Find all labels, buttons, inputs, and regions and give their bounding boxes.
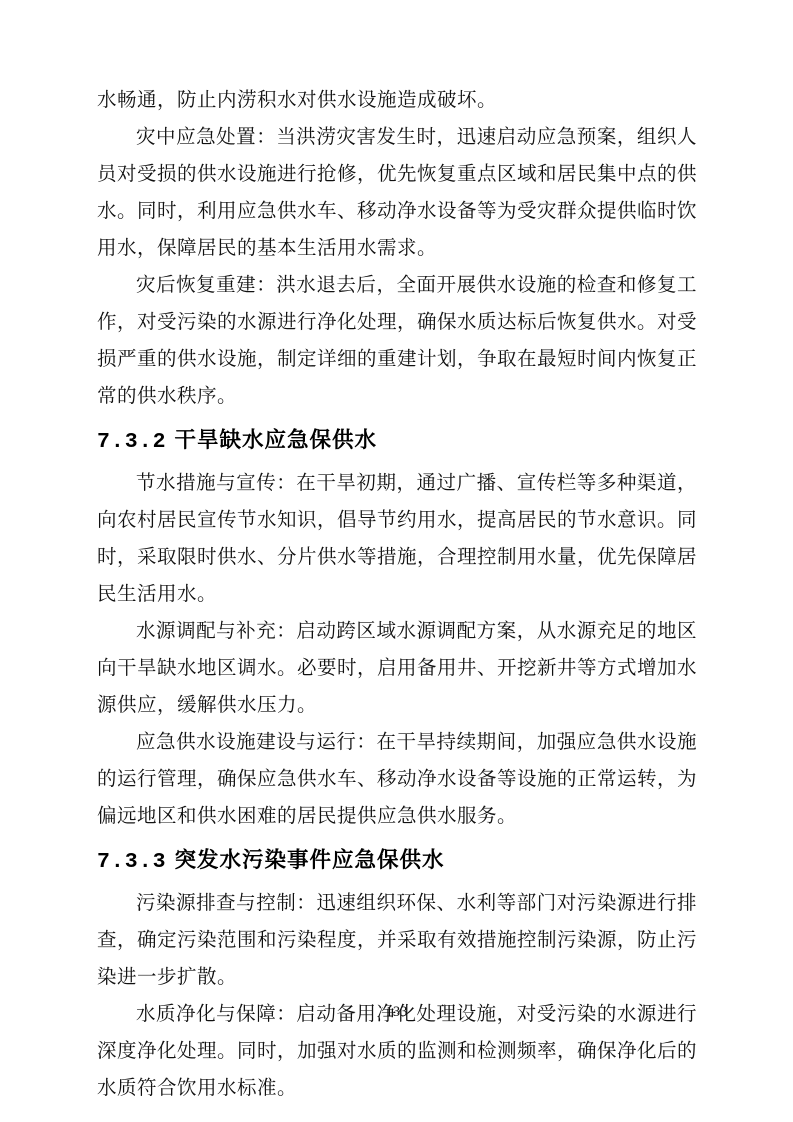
- body-paragraph: 水源调配与补充：启动跨区域水源调配方案，从水源充足的地区向干旱缺水地区调水。必要…: [97, 613, 697, 724]
- document-content: 水畅通，防止内涝积水对供水设施造成破坏。灾中应急处置：当洪涝灾害发生时，迅速启动…: [97, 82, 697, 1107]
- body-paragraph: 应急供水设施建设与运行：在干旱持续期间，加强应急供水设施的运行管理，确保应急供水…: [97, 724, 697, 835]
- page-footer: 133: [0, 1003, 793, 1021]
- body-paragraph: 污染源排查与控制：迅速组织环保、水利等部门对污染源进行排查，确定污染范围和污染程…: [97, 885, 697, 996]
- body-paragraph: 节水措施与宣传：在干旱初期，通过广播、宣传栏等多种渠道，向农村居民宣传节水知识，…: [97, 465, 697, 613]
- document-page: 水畅通，防止内涝积水对供水设施造成破坏。灾中应急处置：当洪涝灾害发生时，迅速启动…: [0, 0, 793, 1122]
- section-title: 突发水污染事件应急保供水: [175, 848, 445, 872]
- page-number: 133: [386, 1004, 408, 1020]
- body-paragraph: 灾后恢复重建：洪水退去后，全面开展供水设施的检查和修复工作，对受污染的水源进行净…: [97, 267, 697, 415]
- section-number: 7.3.2: [97, 430, 167, 454]
- section-heading: 7.3.3突发水污染事件应急保供水: [97, 844, 697, 878]
- section-heading: 7.3.2干旱缺水应急保供水: [97, 424, 697, 458]
- body-paragraph: 水畅通，防止内涝积水对供水设施造成破坏。: [97, 82, 697, 119]
- body-paragraph: 灾中应急处置：当洪涝灾害发生时，迅速启动应急预案，组织人员对受损的供水设施进行抢…: [97, 119, 697, 267]
- section-number: 7.3.3: [97, 850, 167, 874]
- section-title: 干旱缺水应急保供水: [175, 428, 378, 452]
